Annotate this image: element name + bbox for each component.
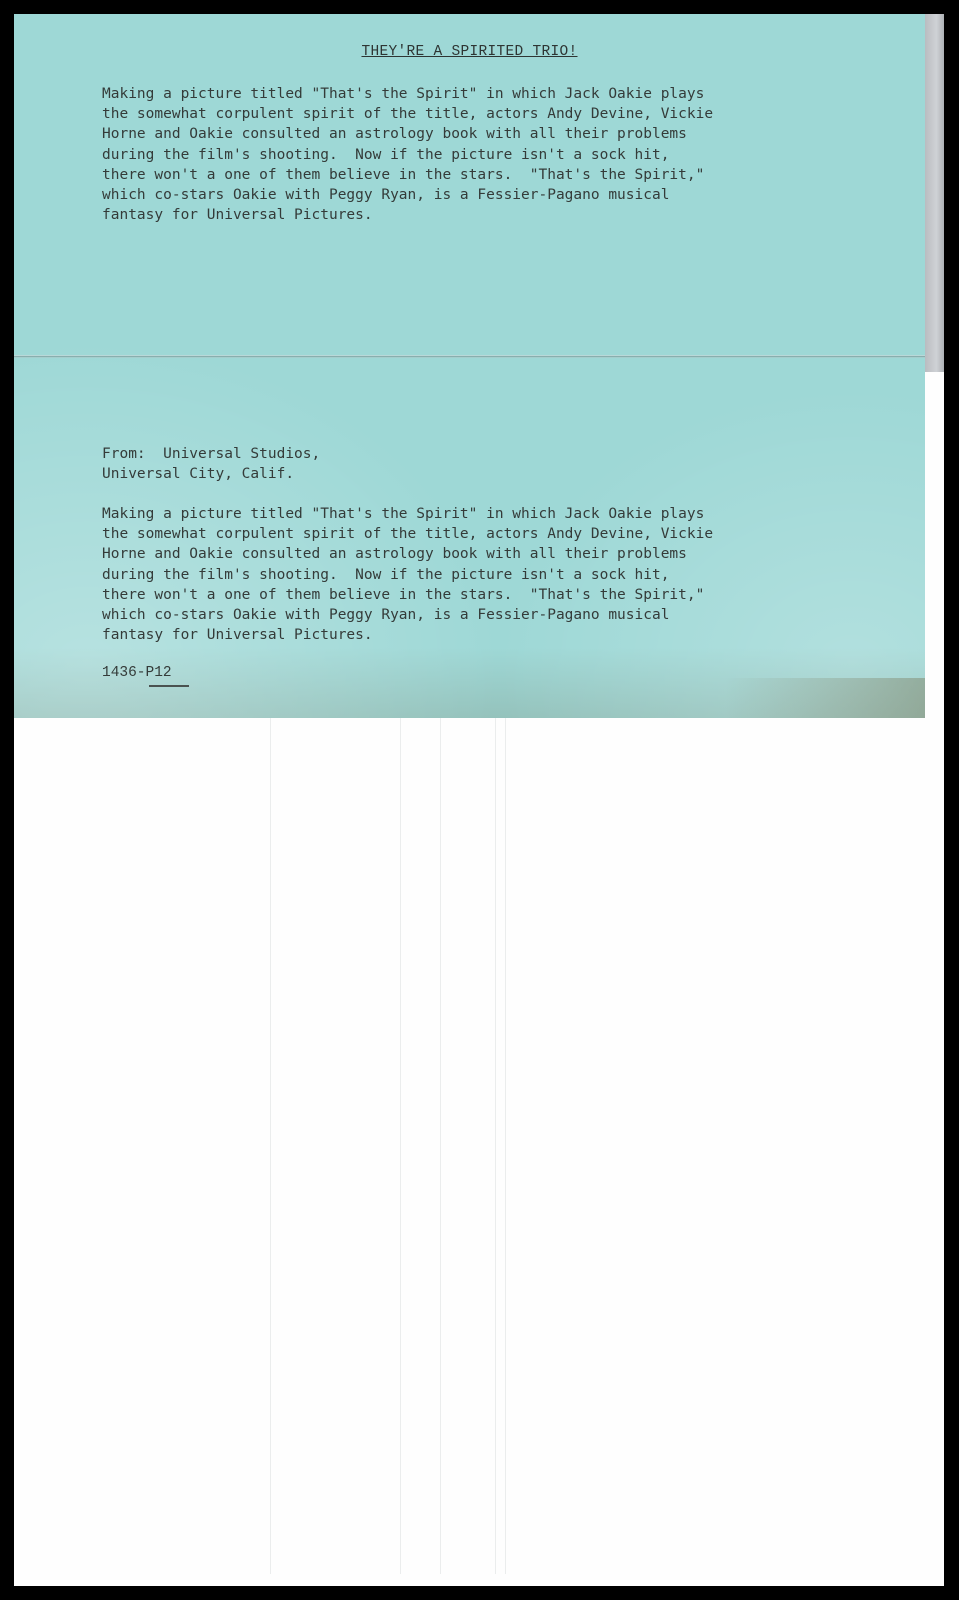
fold-line xyxy=(14,355,925,358)
paper-stain xyxy=(725,678,925,718)
press-release-sheet: THEY'RE A SPIRITED TRIO! Making a pictur… xyxy=(14,14,925,718)
from-address: From: Universal Studios, Universal City,… xyxy=(102,444,320,484)
body-paragraph-1: Making a picture titled "That's the Spir… xyxy=(102,84,713,225)
paper-edge-shadow xyxy=(925,14,944,372)
body-paragraph-2: Making a picture titled "That's the Spir… xyxy=(102,504,713,645)
headline: THEY'RE A SPIRITED TRIO! xyxy=(14,44,925,60)
reference-underline xyxy=(149,685,189,687)
reference-code: 1436-P12 xyxy=(102,665,172,681)
